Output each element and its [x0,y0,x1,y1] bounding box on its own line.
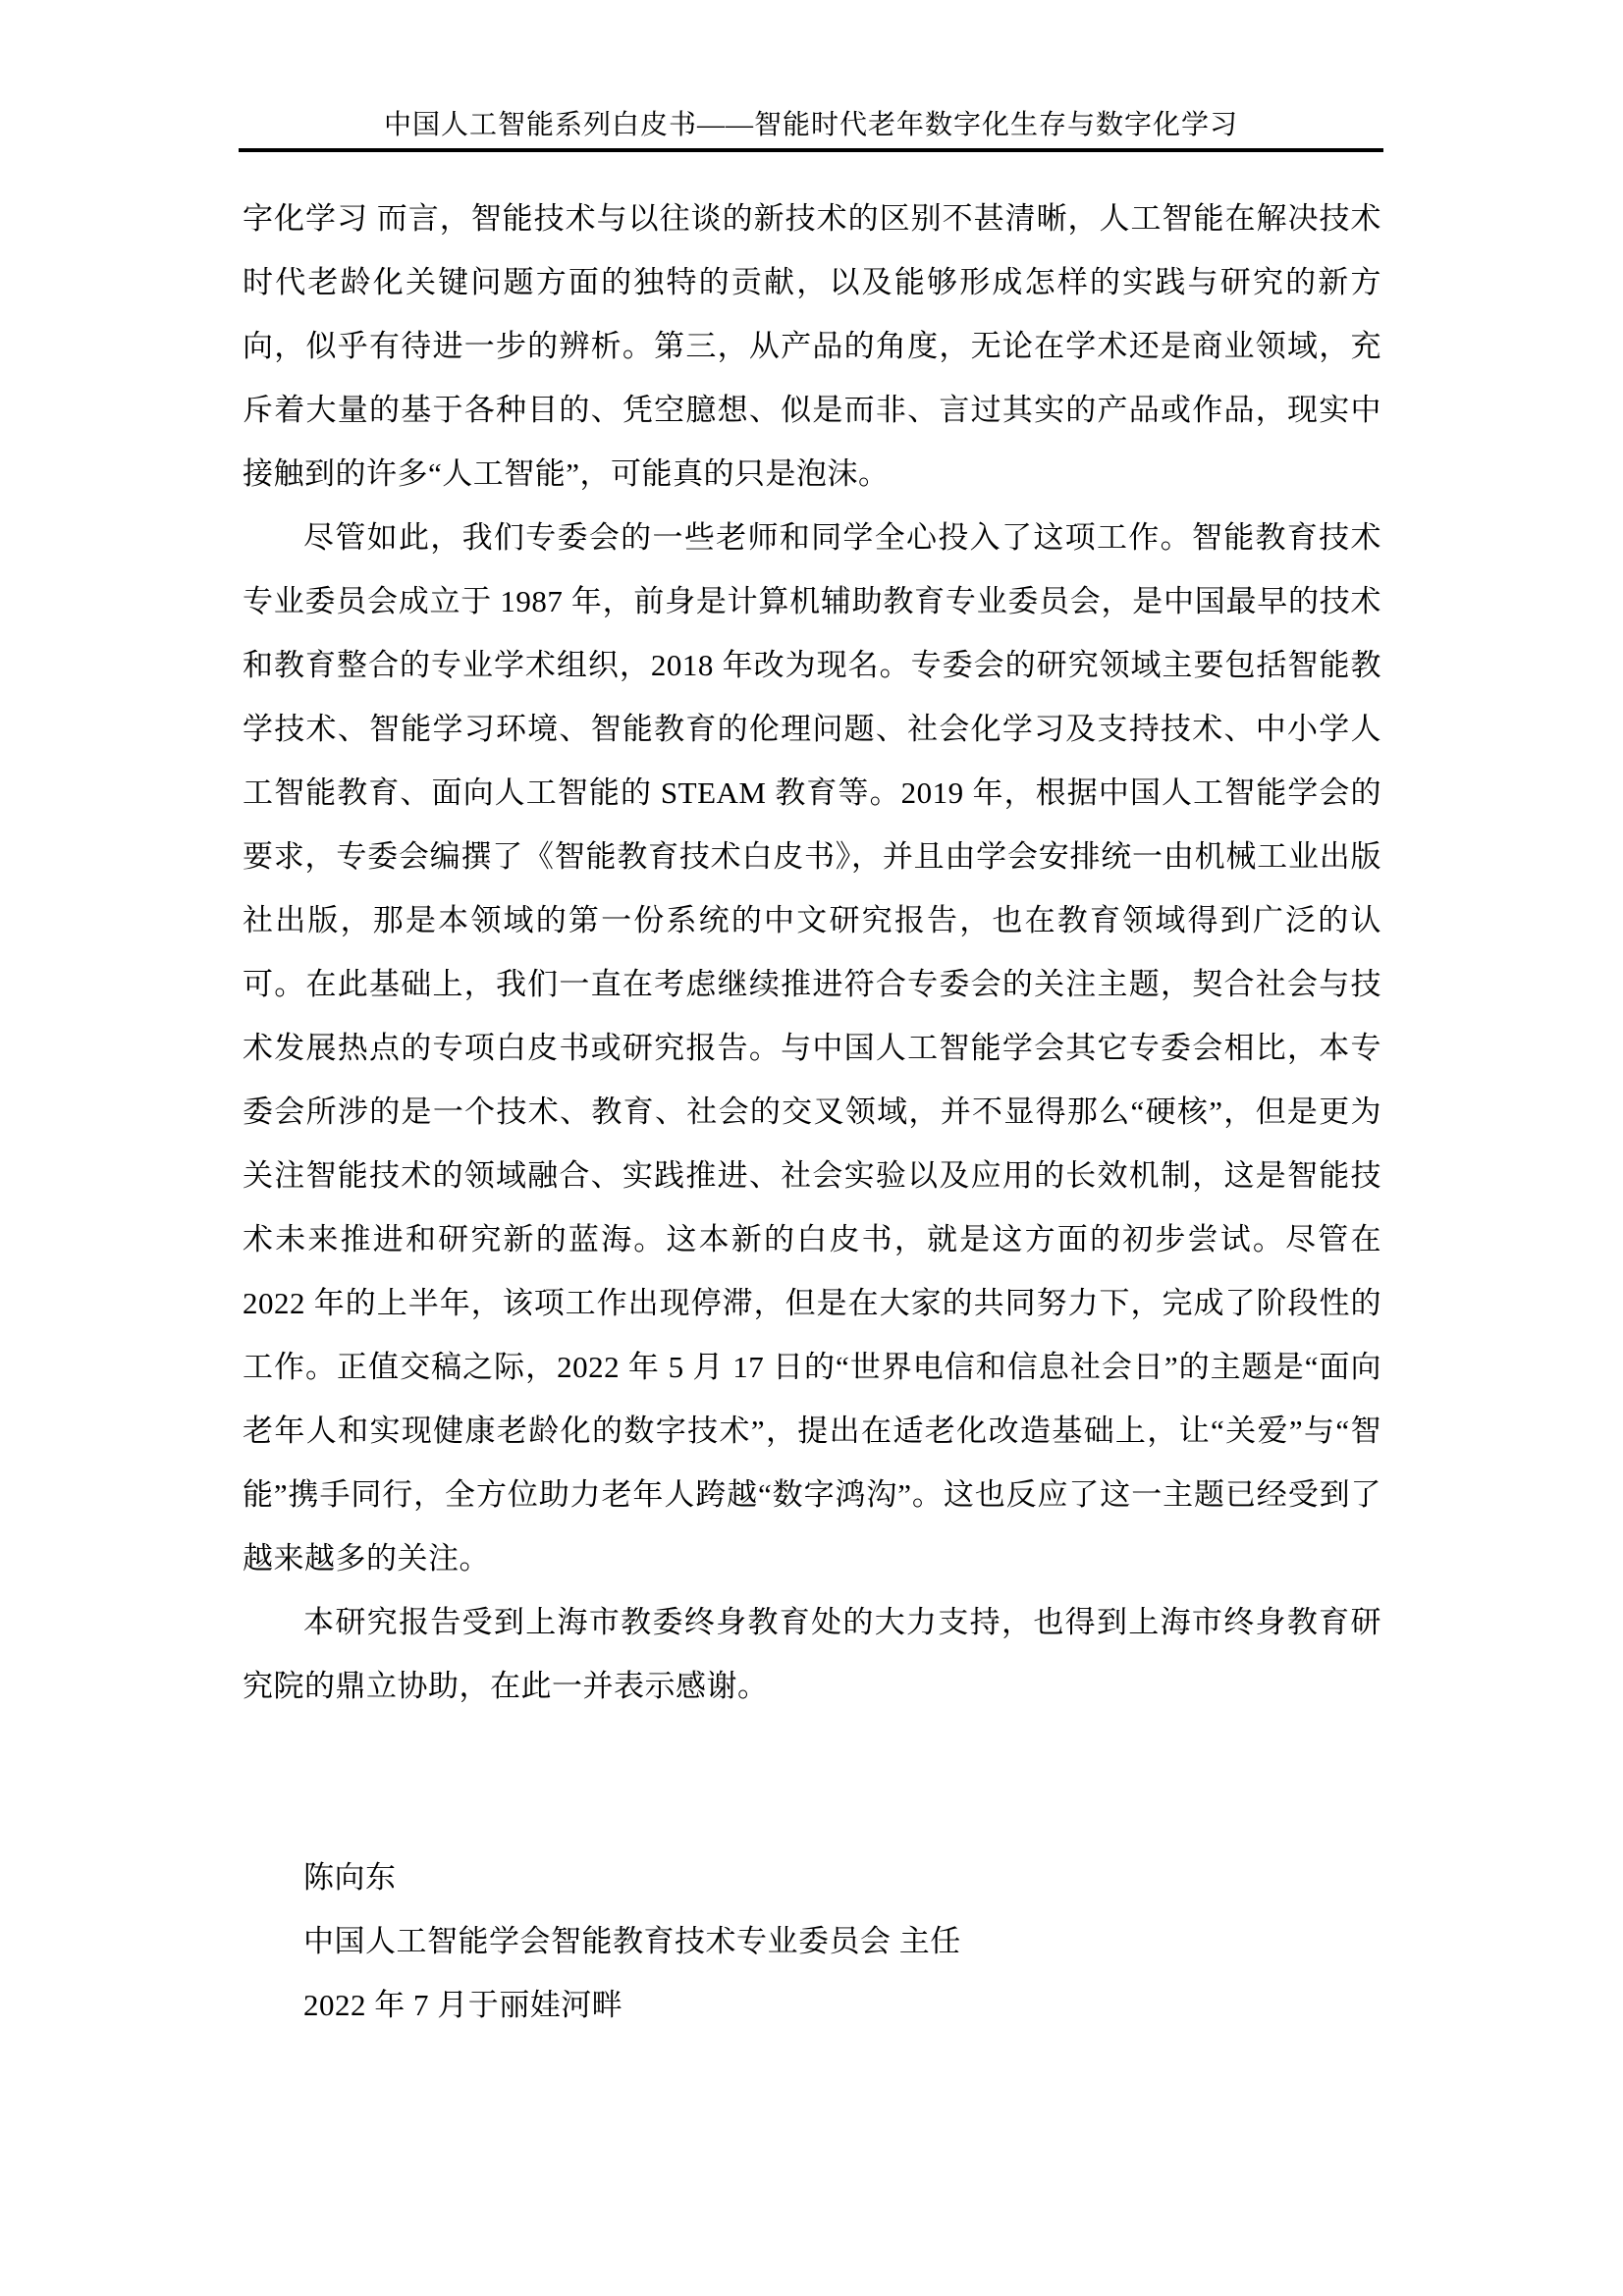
signature-date: 2022 年 7 月于丽娃河畔 [303,1973,1381,2037]
paragraph-continuation: 字化学习 而言，智能技术与以往谈的新技术的区别不甚清晰，人工智能在解决技术时代老… [243,187,1381,506]
paragraph-acknowledgement: 本研究报告受到上海市教委终身教育处的大力支持，也得到上海市终身教育研究院的鼎立协… [243,1590,1381,1718]
paragraph-committee-history: 尽管如此，我们专委会的一些老师和同学全心投入了这项工作。智能教育技术专业委员会成… [243,506,1381,1590]
signature-name: 陈向东 [303,1845,1381,1909]
signature-block: 陈向东 中国人工智能学会智能教育技术专业委员会 主任 2022 年 7 月于丽娃… [243,1845,1381,2037]
signature-title: 中国人工智能学会智能教育技术专业委员会 主任 [303,1909,1381,1973]
document-body: 字化学习 而言，智能技术与以往谈的新技术的区别不甚清晰，人工智能在解决技术时代老… [243,187,1381,2037]
document-page: 中国人工智能系列白皮书——智能时代老年数字化生存与数字化学习 字化学习 而言，智… [0,0,1623,2296]
page-header-title: 中国人工智能系列白皮书——智能时代老年数字化生存与数字化学习 [239,108,1383,143]
header-rule [239,148,1383,152]
